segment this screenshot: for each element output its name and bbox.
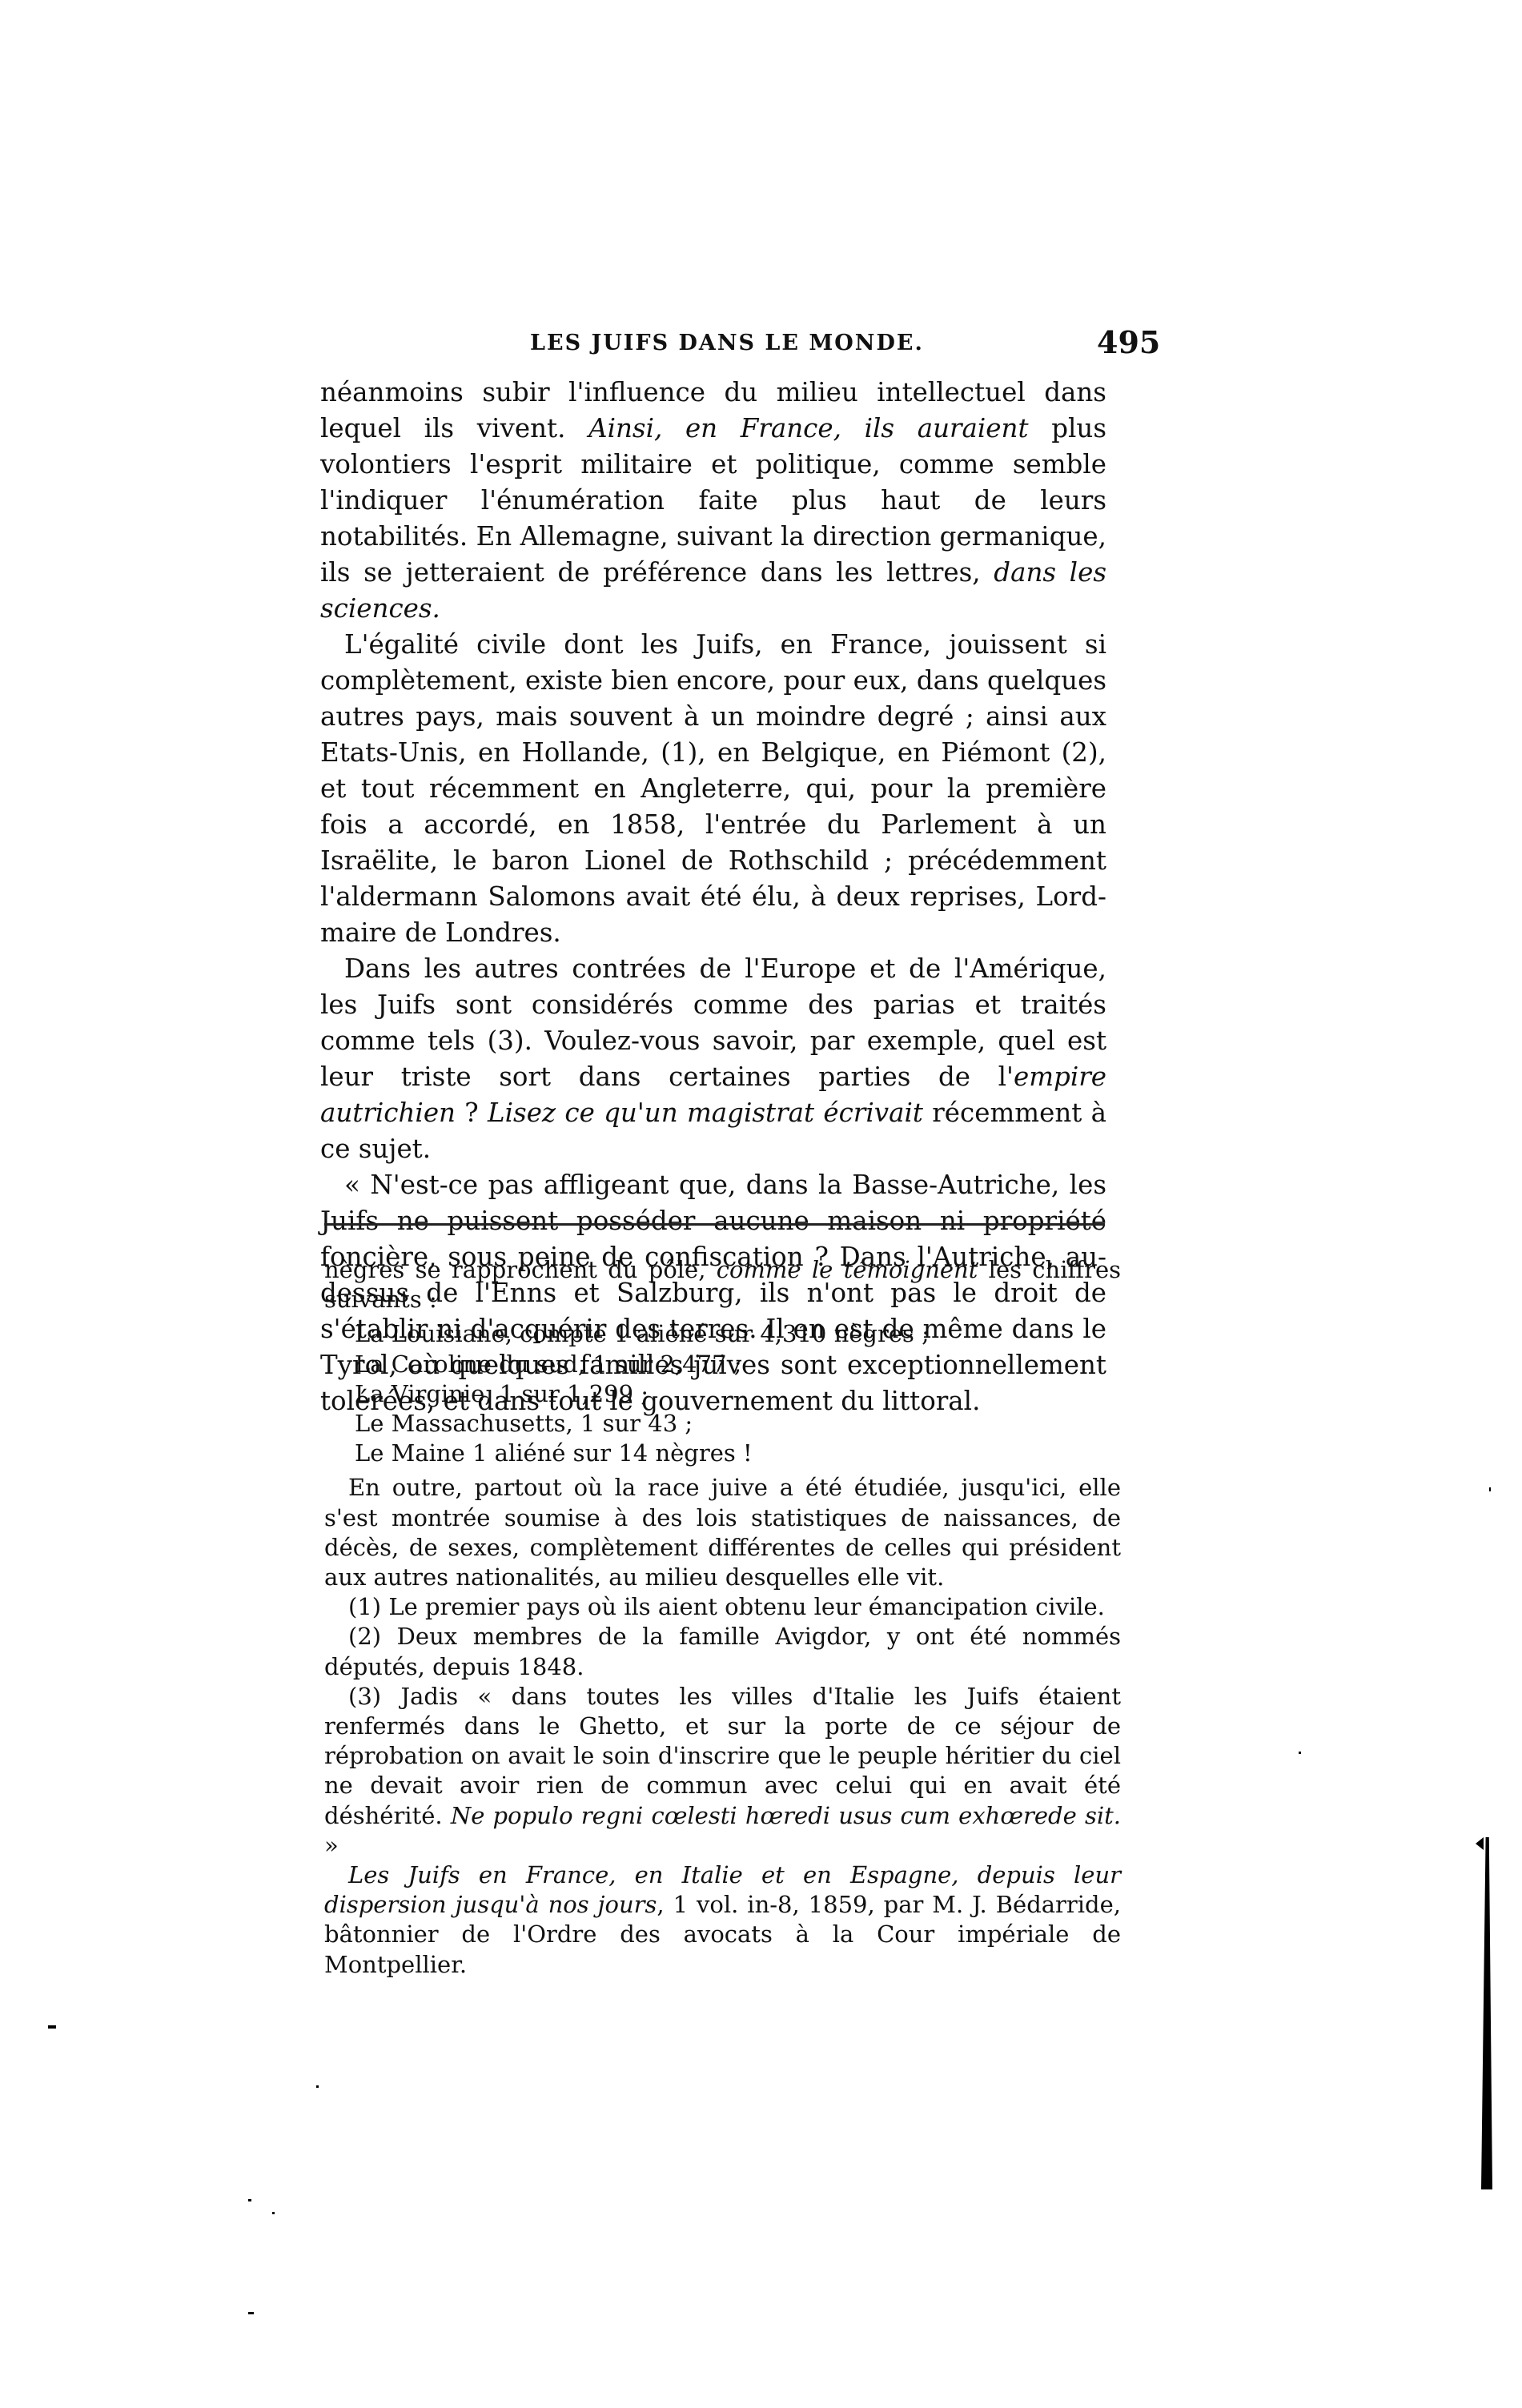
footnotes-section: nègres se rapprochent du pôle, comme le … — [324, 1255, 1121, 1980]
footnote-marker: (1) — [348, 1593, 381, 1620]
text-segment: L'égalité civile dont les Juifs, en Fran… — [320, 629, 1106, 948]
statistic-virginie: La Virginie, 1 sur 1,299 ; — [324, 1379, 1121, 1409]
note-continuation: nègres se rapprochent du pôle, comme le … — [324, 1255, 1121, 1314]
footnote-text: Le premier pays où ils aient obtenu leur… — [388, 1593, 1105, 1620]
footnote-3: (3) Jadis « dans toutes les villes d'Ita… — [324, 1682, 1121, 1860]
page-number: 495 — [1097, 324, 1160, 360]
footnote-marker: (2) — [348, 1623, 381, 1650]
paragraph-2: L'égalité civile dont les Juifs, en Fran… — [320, 627, 1106, 951]
footnote-text: Deux membres de la famille Avigdor, y on… — [324, 1623, 1121, 1680]
scan-speck — [1489, 1487, 1491, 1491]
scan-speck — [316, 2085, 319, 2088]
statistic-louisiane: La Louisiane, compte 1 aliéné sur 4,310 … — [324, 1319, 1121, 1349]
scan-edge-tick — [1476, 1837, 1484, 1850]
footnote-2: (2) Deux membres de la famille Avigdor, … — [324, 1622, 1121, 1681]
scan-speck — [48, 2025, 56, 2029]
paragraph-3: Dans les autres contrées de l'Europe et … — [320, 951, 1106, 1167]
statistic-maine: Le Maine 1 aliéné sur 14 nègres ! — [324, 1439, 1121, 1468]
text-segment-italic: Lisez ce qu'un magistrat écrivait — [488, 1098, 923, 1128]
scan-edge-bar — [1481, 1837, 1492, 2189]
text-segment: ? — [456, 1098, 488, 1128]
note-closing-paragraph: En outre, partout où la race juive a été… — [324, 1473, 1121, 1592]
closing-quote: » — [324, 1832, 339, 1859]
scan-speck — [248, 2312, 254, 2314]
statistics-list: La Louisiane, compte 1 aliéné sur 4,310 … — [324, 1319, 1121, 1468]
text-segment-italic: comme le témoignent — [717, 1256, 978, 1283]
footnote-1: (1) Le premier pays où ils aient obtenu … — [324, 1592, 1121, 1622]
running-title: LES JUIFS DANS LE MONDE. — [530, 331, 924, 355]
statistic-massachusetts: Le Massachusetts, 1 sur 43 ; — [324, 1409, 1121, 1439]
citation: Les Juifs en France, en Italie et en Esp… — [324, 1860, 1121, 1980]
paragraph-1: néanmoins subir l'influence du milieu in… — [320, 375, 1106, 627]
text-segment-italic: Ainsi, en France, ils auraient — [588, 413, 1028, 443]
text-segment: nègres se rapprochent du pôle, — [324, 1256, 717, 1283]
running-header: LES JUIFS DANS LE MONDE. 495 — [320, 324, 1153, 364]
text-segment: Dans les autres contrées de l'Europe et … — [320, 953, 1106, 1092]
scan-speck — [1299, 1752, 1301, 1754]
scan-speck — [248, 2199, 251, 2201]
footnote-separator-rule — [324, 1223, 1105, 1226]
latin-quote: Ne populo regni cœlesti hœredi usus cum … — [451, 1802, 1121, 1829]
document-page: LES JUIFS DANS LE MONDE. 495 néanmoins s… — [0, 0, 1522, 2408]
scan-speck — [272, 2212, 275, 2214]
footnote-marker: (3) — [348, 1683, 381, 1710]
statistic-caroline: La Caroline du sud, 1 sur 2,477 ; — [324, 1350, 1121, 1379]
